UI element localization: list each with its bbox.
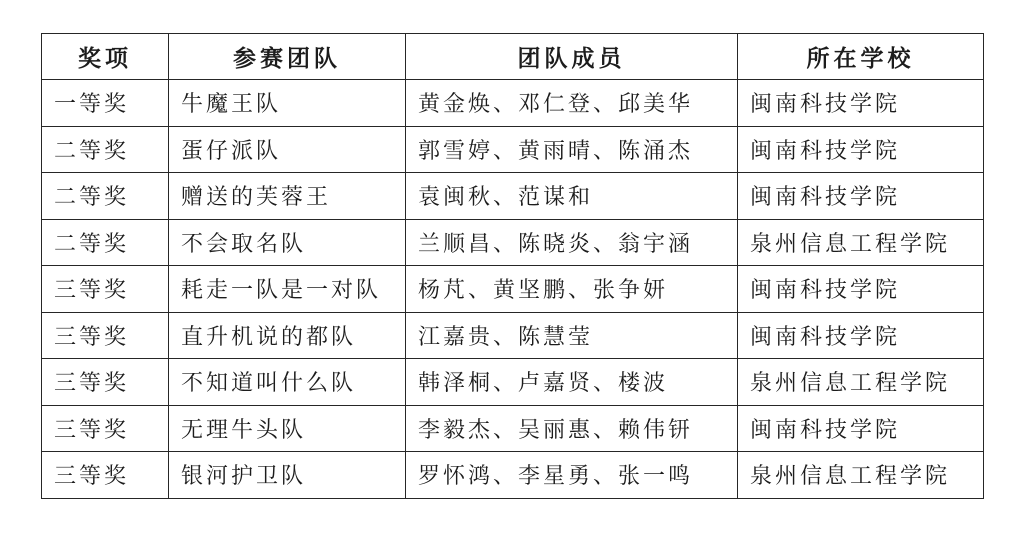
members-cell: 韩泽桐、卢嘉贤、楼波 [406,359,738,406]
school-cell: 闽南科技学院 [738,405,984,452]
award-cell: 三等奖 [42,266,169,313]
table-row: 三等奖 不知道叫什么队 韩泽桐、卢嘉贤、楼波 泉州信息工程学院 [42,359,984,406]
school-cell: 闽南科技学院 [738,312,984,359]
members-cell: 江嘉贵、陈慧莹 [406,312,738,359]
school-cell: 闽南科技学院 [738,173,984,220]
team-cell: 耗走一队是一对队 [169,266,406,313]
table-row: 二等奖 不会取名队 兰顺昌、陈晓炎、翁宇涵 泉州信息工程学院 [42,219,984,266]
members-cell: 罗怀鸿、李星勇、张一鸣 [406,452,738,499]
members-cell: 兰顺昌、陈晓炎、翁宇涵 [406,219,738,266]
members-cell: 黄金焕、邓仁登、邱美华 [406,80,738,127]
award-cell: 三等奖 [42,452,169,499]
members-cell: 郭雪婷、黄雨晴、陈涌杰 [406,126,738,173]
school-cell: 泉州信息工程学院 [738,359,984,406]
column-header-members: 团队成员 [406,34,738,80]
award-cell: 三等奖 [42,405,169,452]
school-cell: 闽南科技学院 [738,126,984,173]
award-cell: 二等奖 [42,173,169,220]
school-cell: 泉州信息工程学院 [738,452,984,499]
table-row: 三等奖 银河护卫队 罗怀鸿、李星勇、张一鸣 泉州信息工程学院 [42,452,984,499]
table-header-row: 奖项 参赛团队 团队成员 所在学校 [42,34,984,80]
award-cell: 二等奖 [42,126,169,173]
members-cell: 杨芃、黄坚鹏、张争妍 [406,266,738,313]
table-row: 一等奖 牛魔王队 黄金焕、邓仁登、邱美华 闽南科技学院 [42,80,984,127]
column-header-school: 所在学校 [738,34,984,80]
team-cell: 牛魔王队 [169,80,406,127]
team-cell: 无理牛头队 [169,405,406,452]
award-cell: 三等奖 [42,359,169,406]
table-row: 三等奖 无理牛头队 李毅杰、吴丽惠、赖伟钘 闽南科技学院 [42,405,984,452]
team-cell: 蛋仔派队 [169,126,406,173]
award-cell: 二等奖 [42,219,169,266]
team-cell: 不会取名队 [169,219,406,266]
members-cell: 袁闽秋、范谋和 [406,173,738,220]
awards-table: 奖项 参赛团队 团队成员 所在学校 一等奖 牛魔王队 黄金焕、邓仁登、邱美华 闽… [41,33,984,499]
table-row: 三等奖 直升机说的都队 江嘉贵、陈慧莹 闽南科技学院 [42,312,984,359]
table-row: 二等奖 蛋仔派队 郭雪婷、黄雨晴、陈涌杰 闽南科技学院 [42,126,984,173]
table-row: 三等奖 耗走一队是一对队 杨芃、黄坚鹏、张争妍 闽南科技学院 [42,266,984,313]
team-cell: 银河护卫队 [169,452,406,499]
school-cell: 闽南科技学院 [738,80,984,127]
members-cell: 李毅杰、吴丽惠、赖伟钘 [406,405,738,452]
award-cell: 一等奖 [42,80,169,127]
school-cell: 泉州信息工程学院 [738,219,984,266]
team-cell: 赠送的芙蓉王 [169,173,406,220]
school-cell: 闽南科技学院 [738,266,984,313]
award-cell: 三等奖 [42,312,169,359]
column-header-award: 奖项 [42,34,169,80]
document-page: 奖项 参赛团队 团队成员 所在学校 一等奖 牛魔王队 黄金焕、邓仁登、邱美华 闽… [0,0,1024,538]
table-row: 二等奖 赠送的芙蓉王 袁闽秋、范谋和 闽南科技学院 [42,173,984,220]
column-header-team: 参赛团队 [169,34,406,80]
team-cell: 不知道叫什么队 [169,359,406,406]
team-cell: 直升机说的都队 [169,312,406,359]
